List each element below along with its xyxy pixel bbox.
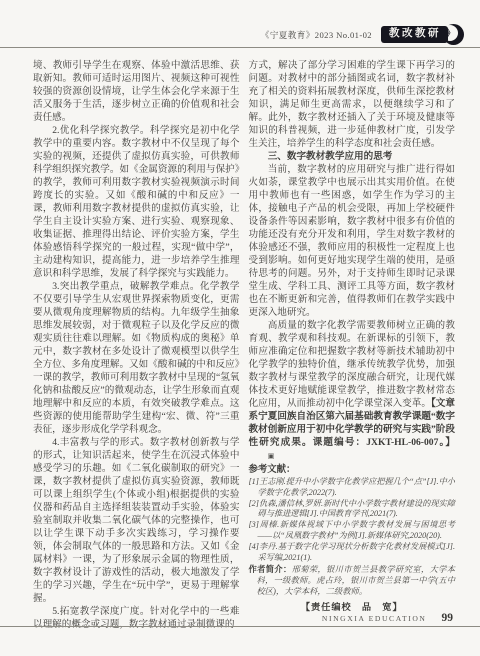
footer-row: NINGXIA EDUCATION 99 xyxy=(0,612,480,624)
footer-rule xyxy=(0,626,480,627)
article-end-mark-icon: ▣ xyxy=(249,453,275,460)
reference-item: [4]李丹.基于数字化学习现状分析数字化教材发展模式[J].采写编,2021(1… xyxy=(249,542,456,564)
article-body: 境、教师引导学生在观察、体验中激活思维、获取新知。教师可适时运用图片、视频这种可… xyxy=(0,48,480,631)
section-badge: 教改教研 》 xyxy=(381,24,464,45)
page-number: 99 xyxy=(442,612,454,624)
references-heading: 参考文献： xyxy=(249,464,456,477)
reference-item: [1]王志刚.提升中小学数字化教学应把握几个“点”[J].中小学数字化教学,20… xyxy=(249,477,456,499)
reference-item: [2]仇森,潘信林,罗妍.新时代中小学数字教材建设的现实障碍与推进逻辑[J].中… xyxy=(249,499,456,521)
journal-issue-info: 《宁夏教育》2023 No.01-02 xyxy=(261,29,372,41)
journal-page: 《宁夏教育》2023 No.01-02 教改教研 》 境、教师引导学生在观察、体… xyxy=(0,0,480,656)
section-badge-label: 教改教研 xyxy=(381,26,448,44)
paragraph-discussion: 当前，数字教材的应用研究与推广进行得如火如荼，课堂教学中也展示出其实用价值。在使… xyxy=(249,163,456,319)
paragraph-continuation: 境、教师引导学生在观察、体验中激活思维、获取新知。教师可适时运用图片、视频这种可… xyxy=(33,59,240,124)
right-column: 方式，解决了部分学习困难的学生课下再学习的问题。对教材中的部分插图或名词，数字教… xyxy=(249,59,456,631)
references-list: [1]王志刚.提升中小学数字化教学应把握几个“点”[J].中小学数字化教学,20… xyxy=(249,477,456,563)
page-header: 《宁夏教育》2023 No.01-02 教改教研 》 xyxy=(0,0,480,48)
left-column: 境、教师引导学生在观察、体验中激活思维、获取新知。教师可适时运用图片、视频这种可… xyxy=(33,59,240,631)
conclusion-text: 高质量的数字化教学需要教师树立正确的教育观、教学观和科技观。在新课标的引领下，教… xyxy=(249,320,456,409)
author-bio: 作者简介：邢菊荣，银川市贺兰县教学研究室，大学本科，一级教师。虎占玲，银川市贺兰… xyxy=(249,565,456,597)
section-heading: 三、数字教材教学应用的思考 xyxy=(249,150,456,163)
paragraph-point-4: 4.丰富教与学的形式。数字教材创新教与学的形式，让知识活起来，使学生在沉浸式体验… xyxy=(33,436,240,605)
author-bio-label: 作者简介： xyxy=(249,565,292,574)
paragraph-continuation: 方式，解决了部分学习困难的学生课下再学习的问题。对教材中的部分插图或名词，数字教… xyxy=(249,59,456,150)
paragraph-point-3: 3.突出教学重点，破解教学难点。化学教学不仅要引导学生从宏观世界探索物质变化，更… xyxy=(33,280,240,436)
paragraph-conclusion: 高质量的数字化教学需要教师树立正确的教育观、教学观和科技观。在新课标的引领下，教… xyxy=(249,319,456,462)
paragraph-point-2: 2.优化科学探究教学。科学探究是初中化学教学中的重要内容。数字教材中不仅呈现了每… xyxy=(33,124,240,280)
reference-item: [3]周榛.新媒体视域下中小学数字教材发展与困境思考——以“凤凰数字教材”为例[… xyxy=(249,520,456,542)
journal-name-english: NINGXIA EDUCATION xyxy=(322,614,427,623)
header-row: 《宁夏教育》2023 No.01-02 教改教研 》 xyxy=(0,25,480,44)
page-footer: NINGXIA EDUCATION 99 xyxy=(0,612,480,656)
